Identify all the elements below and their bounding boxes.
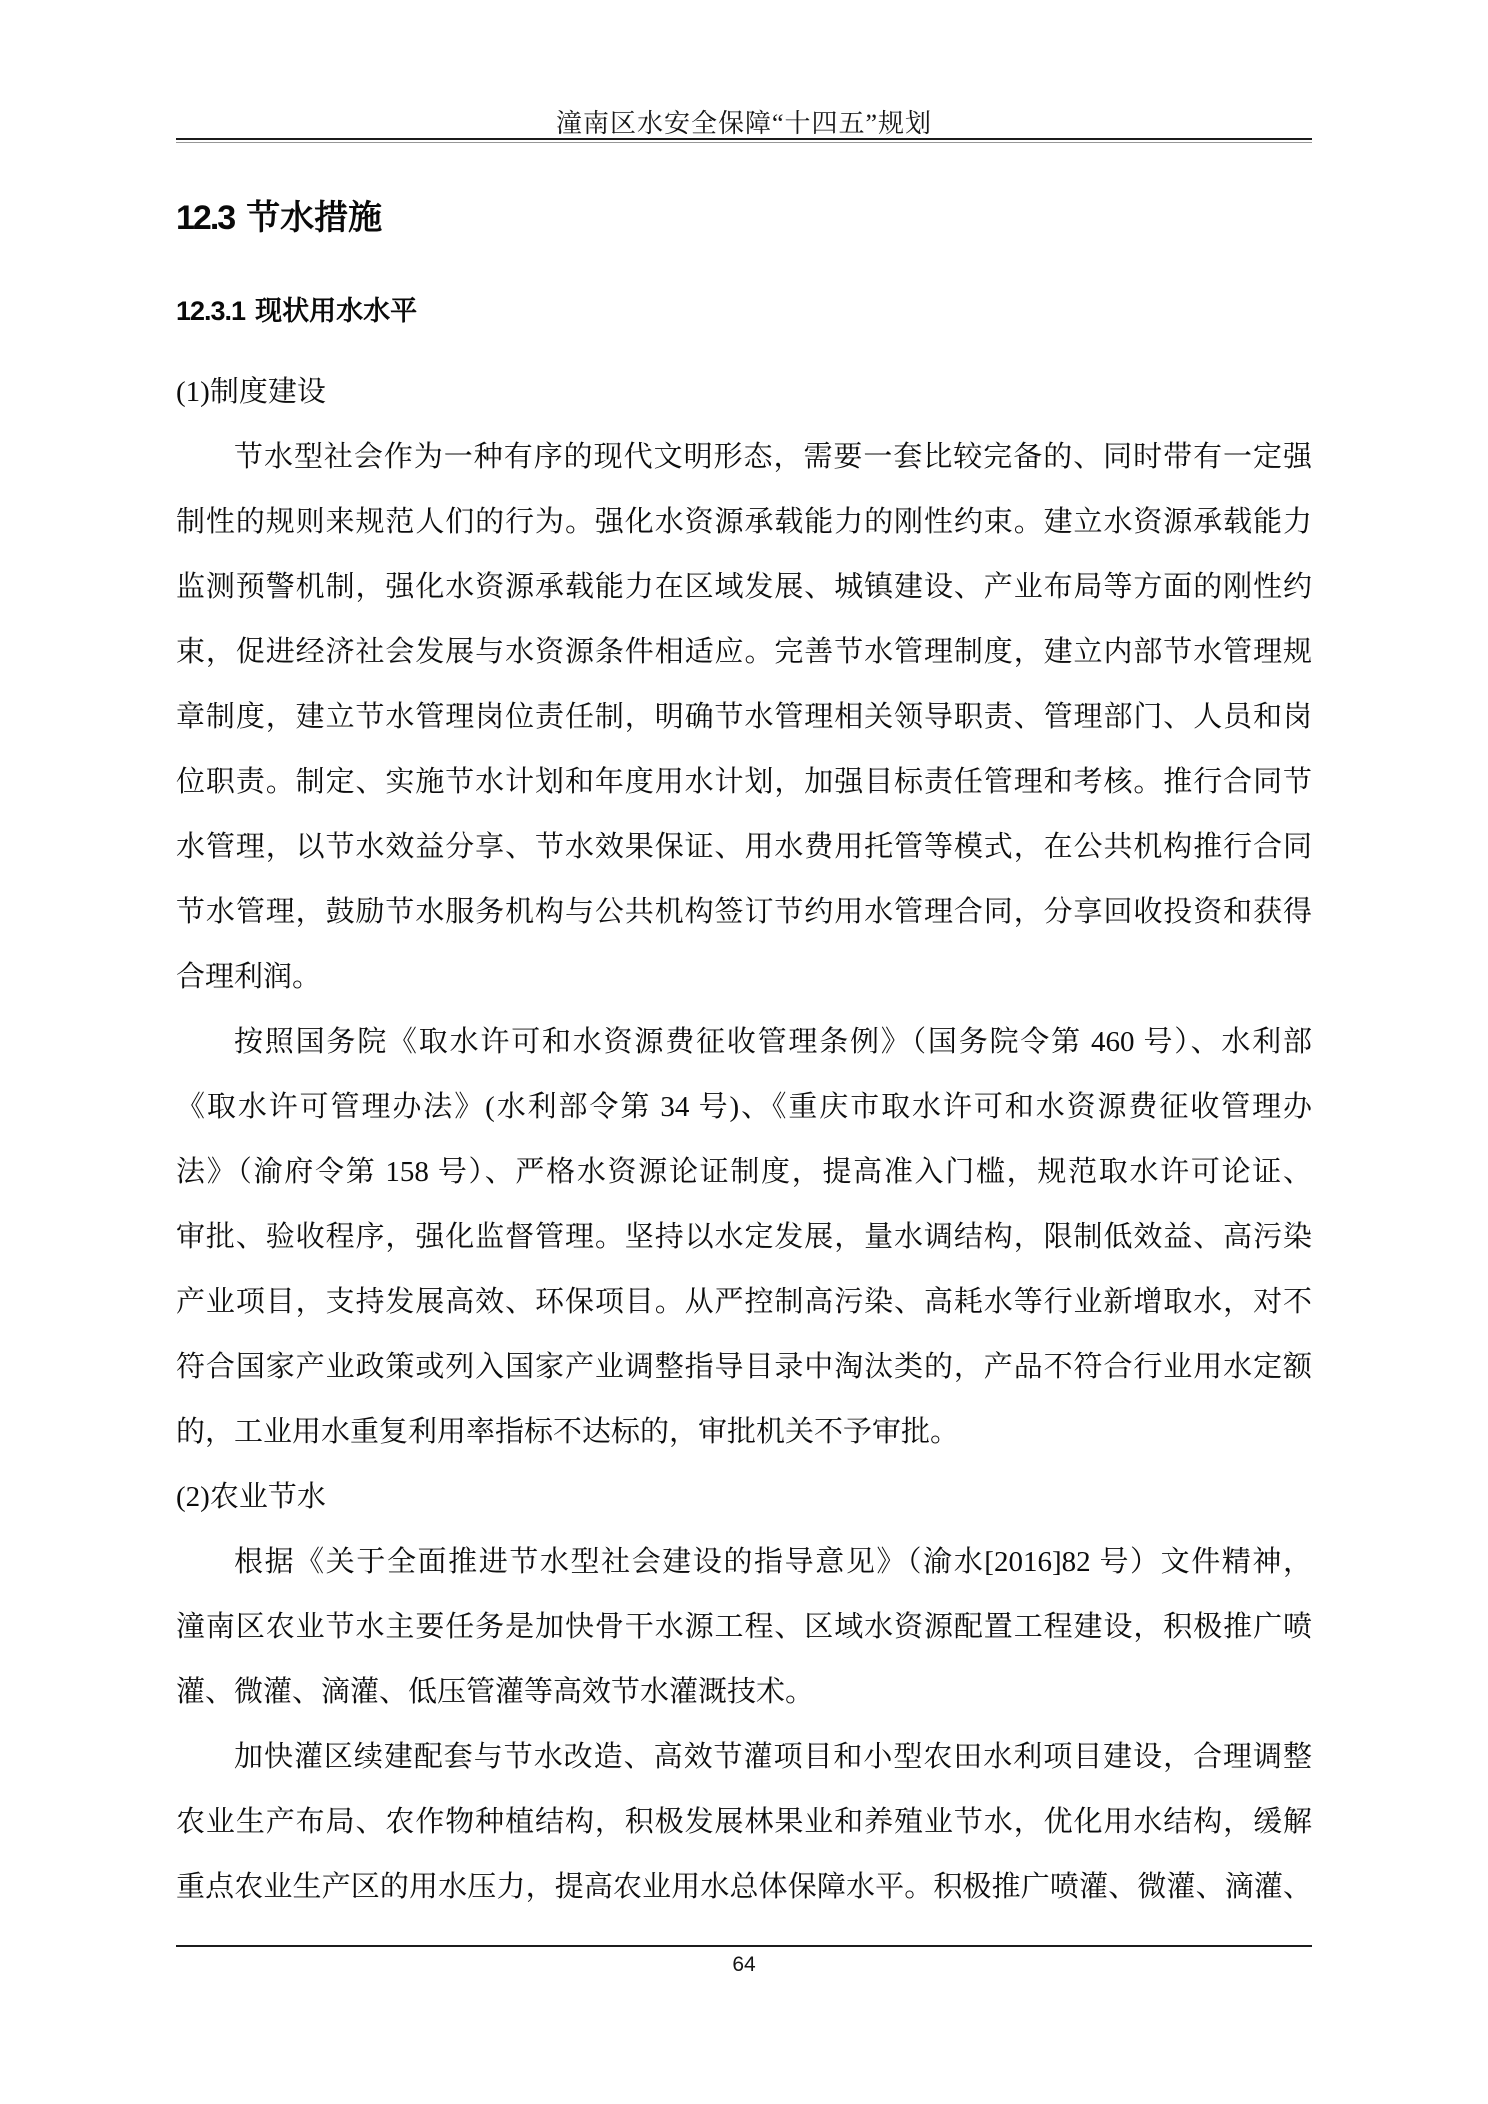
paragraph-line: 根据《关于全面推进节水型社会建设的指导意见》（渝水[2016]82 号）文件精神… xyxy=(176,1530,1312,1595)
subsection-heading: 12.3.1现状用水水平 xyxy=(176,289,417,328)
paragraph-line: 按照国务院《取水许可和水资源费征收管理条例》（国务院令第 460 号）、水利部 xyxy=(176,1010,1312,1075)
section-heading: 12.3节水措施 xyxy=(176,190,382,239)
section-title: 节水措施 xyxy=(246,199,382,237)
paragraph-line: 重点农业生产区的用水压力，提高农业用水总体保障水平。积极推广喷灌、微灌、滴灌、 xyxy=(176,1855,1312,1920)
list-subheading: (1)制度建设 xyxy=(176,360,1312,425)
paragraph-line: 章制度，建立节水管理岗位责任制，明确节水管理相关领导职责、管理部门、人员和岗 xyxy=(176,685,1312,750)
paragraph-line: 加快灌区续建配套与节水改造、高效节灌项目和小型农田水利项目建设，合理调整 xyxy=(176,1725,1312,1790)
paragraph-line: 制性的规则来规范人们的行为。强化水资源承载能力的刚性约束。建立水资源承载能力 xyxy=(176,490,1312,555)
paragraph-line: 节水管理，鼓励节水服务机构与公共机构签订节约用水管理合同，分享回收投资和获得 xyxy=(176,880,1312,945)
document-page: 潼南区水安全保障“十四五”规划 12.3节水措施 12.3.1现状用水水平 (1… xyxy=(0,0,1488,2104)
header-rule xyxy=(176,138,1312,143)
paragraph-line: 产业项目，支持发展高效、环保项目。从严控制高污染、高耗水等行业新增取水，对不 xyxy=(176,1270,1312,1335)
subsection-number: 12.3.1 xyxy=(176,296,245,326)
paragraph-line: 合理利润。 xyxy=(176,945,1312,1010)
paragraph-line: 潼南区农业节水主要任务是加快骨干水源工程、区域水资源配置工程建设，积极推广喷 xyxy=(176,1595,1312,1660)
running-header-title: 潼南区水安全保障“十四五”规划 xyxy=(0,103,1488,140)
footer-rule xyxy=(176,1945,1312,1947)
paragraph-line: 监测预警机制，强化水资源承载能力在区域发展、城镇建设、产业布局等方面的刚性约 xyxy=(176,555,1312,620)
paragraph-line: 农业生产布局、农作物种植结构，积极发展林果业和养殖业节水，优化用水结构，缓解 xyxy=(176,1790,1312,1855)
paragraph-line: 法》（渝府令第 158 号）、严格水资源论证制度，提高准入门槛，规范取水许可论证… xyxy=(176,1140,1312,1205)
paragraph-line: 审批、验收程序，强化监督管理。坚持以水定发展，量水调结构，限制低效益、高污染 xyxy=(176,1205,1312,1270)
paragraph-line: 水管理，以节水效益分享、节水效果保证、用水费用托管等模式，在公共机构推行合同 xyxy=(176,815,1312,880)
paragraph-line: 节水型社会作为一种有序的现代文明形态，需要一套比较完备的、同时带有一定强 xyxy=(176,425,1312,490)
paragraph-line: 符合国家产业政策或列入国家产业调整指导目录中淘汰类的，产品不符合行业用水定额 xyxy=(176,1335,1312,1400)
list-subheading: (2)农业节水 xyxy=(176,1465,1312,1530)
header-rule-thick-line xyxy=(176,138,1312,140)
paragraph-line: 位职责。制定、实施节水计划和年度用水计划，加强目标责任管理和考核。推行合同节 xyxy=(176,750,1312,815)
page-number: 64 xyxy=(0,1953,1488,1977)
paragraph-line: 《取水许可管理办法》(水利部令第 34 号)、《重庆市取水许可和水资源费征收管理… xyxy=(176,1075,1312,1140)
header-rule-thin-line xyxy=(176,142,1312,143)
paragraph-line: 束，促进经济社会发展与水资源条件相适应。完善节水管理制度，建立内部节水管理规 xyxy=(176,620,1312,685)
paragraph-line: 的，工业用水重复利用率指标不达标的，审批机关不予审批。 xyxy=(176,1400,1312,1465)
section-number: 12.3 xyxy=(176,199,234,237)
subsection-title: 现状用水水平 xyxy=(255,296,417,326)
document-body: (1)制度建设节水型社会作为一种有序的现代文明形态，需要一套比较完备的、同时带有… xyxy=(176,360,1312,1920)
paragraph-line: 灌、微灌、滴灌、低压管灌等高效节水灌溉技术。 xyxy=(176,1660,1312,1725)
